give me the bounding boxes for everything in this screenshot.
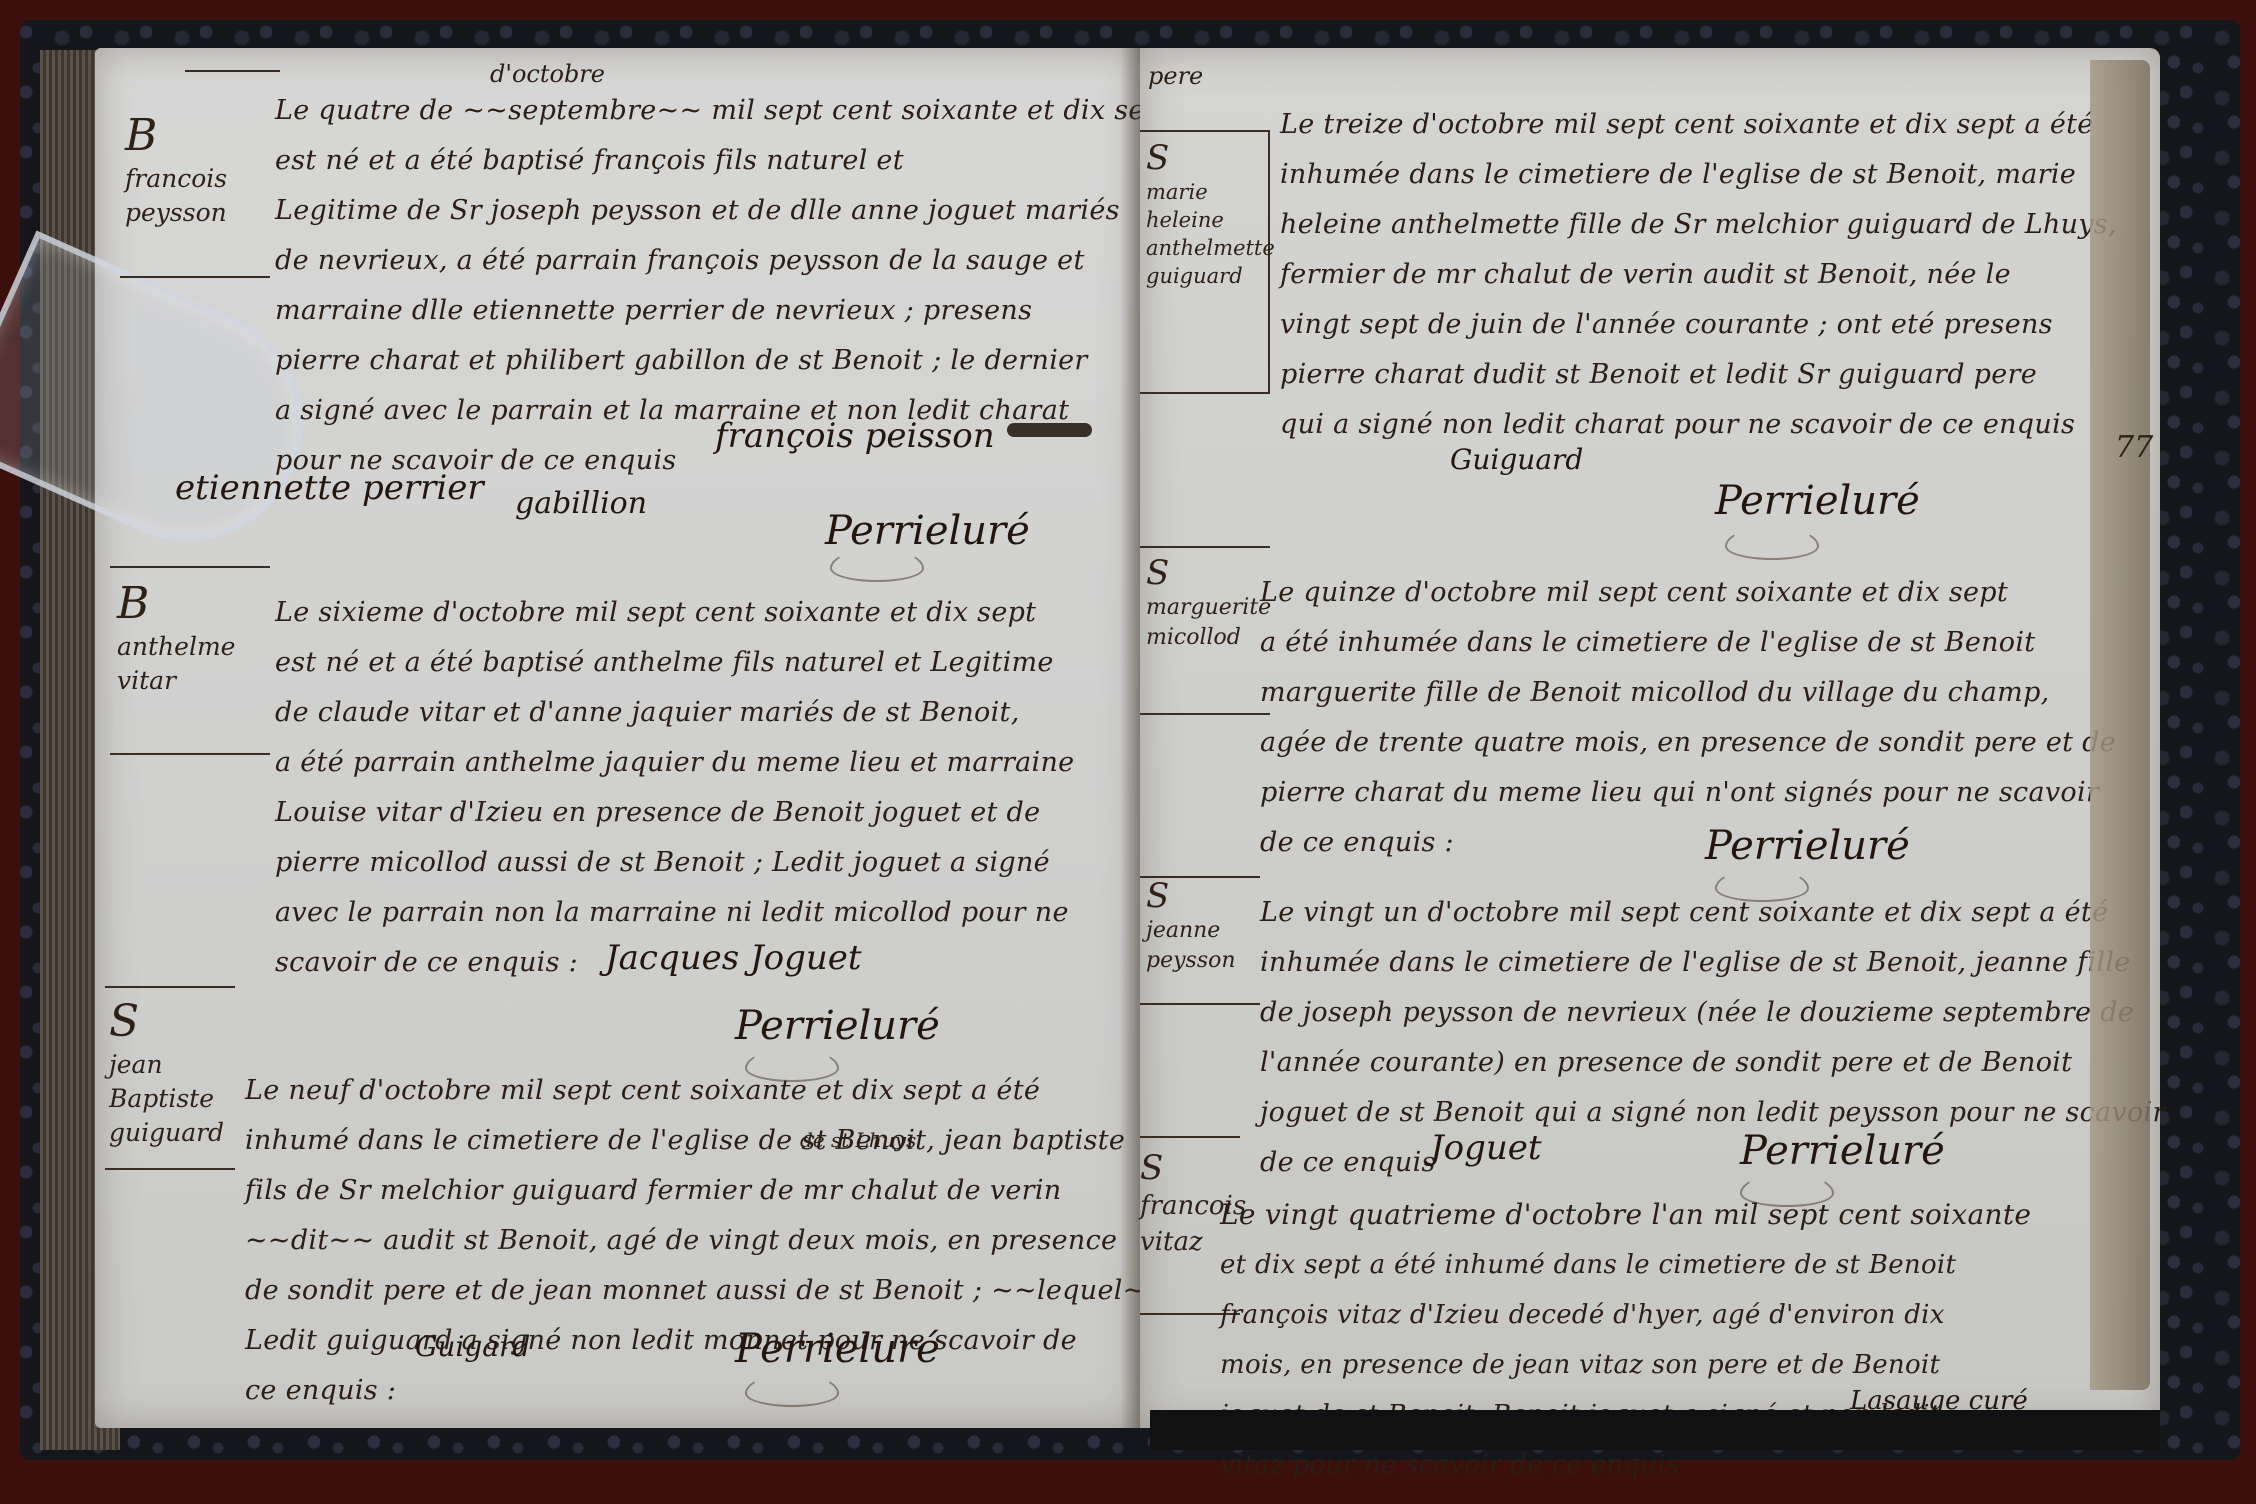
- entry-line: a été inhumée dans le cimetiere de l'egl…: [1260, 618, 2116, 668]
- signature: Jacques Joguet: [605, 938, 862, 978]
- margin-name-line: jeanne: [1146, 916, 1236, 946]
- register-entry: Le quinze d'octobre mil sept cent soixan…: [1260, 568, 2116, 868]
- entry-line: est né et a été baptisé françois fils na…: [275, 136, 1173, 186]
- signature: Guiguard: [1450, 443, 1583, 476]
- entry-line: marguerite fille de Benoit micollod du v…: [1260, 668, 2116, 718]
- entry-line: mois, en presence de jean vitaz son pere…: [1220, 1340, 2031, 1390]
- entry-line: joguet de st Benoit qui a signé non ledi…: [1260, 1088, 2166, 1138]
- record-type-mark: B: [125, 110, 227, 162]
- margin-box-border: [1140, 130, 1270, 132]
- signature: Joguet: [1430, 1128, 1542, 1168]
- priest-signature: Perrieluré: [735, 1326, 940, 1372]
- margin-name-line: guiguard: [109, 1116, 224, 1150]
- margin-name-line: anthelme: [117, 630, 235, 664]
- margin-rule: [110, 753, 270, 755]
- entry-line: et dix sept a été inhumé dans le cimetie…: [1220, 1240, 2031, 1290]
- entry-margin: B anthelme vitar: [117, 578, 235, 698]
- signature-flourish: [830, 548, 924, 582]
- margin-name-line: peysson: [1146, 946, 1236, 976]
- entry-line: ~~dit~~ audit st Benoit, agé de vingt de…: [245, 1216, 1169, 1266]
- margin-name-line: jean: [109, 1048, 224, 1082]
- entry-line: marraine dlle etiennette perrier de nevr…: [275, 286, 1173, 336]
- entry-line: Legitime de Sr joseph peysson et de dlle…: [275, 186, 1173, 236]
- margin-rule: [110, 566, 270, 568]
- record-type-mark: B: [117, 578, 235, 630]
- entry-line: françois vitaz d'Izieu decedé d'hyer, ag…: [1220, 1290, 2031, 1340]
- entry-margin: B francois peysson: [125, 110, 227, 230]
- entry-line: Ledit guiguard a signé non ledit monnet …: [245, 1316, 1169, 1366]
- margin-rule: [120, 276, 270, 278]
- margin-name-line: marguerite: [1146, 593, 1271, 623]
- entry-line: de ce enquis :: [1260, 818, 2116, 868]
- entry-line: pierre micollod aussi de st Benoit ; Led…: [275, 838, 1074, 888]
- signature-flourish: [745, 1373, 839, 1407]
- register-entry: Le neuf d'octobre mil sept cent soixante…: [245, 1066, 1169, 1416]
- margin-name-line: peysson: [125, 196, 227, 230]
- margin-rule: [1140, 1136, 1240, 1138]
- entry-line: inhumé dans le cimetiere de l'eglise de …: [245, 1116, 1169, 1166]
- priest-signature: Perrieluré: [1740, 1128, 1945, 1174]
- right-page: pere S marie heleine anthelmette guiguar…: [1140, 48, 2160, 1428]
- entry-line: Le vingt un d'octobre mil sept cent soix…: [1260, 888, 2166, 938]
- register-entry: Le vingt un d'octobre mil sept cent soix…: [1260, 888, 2166, 1188]
- register-entry: Le sixieme d'octobre mil sept cent soixa…: [275, 588, 1074, 988]
- priest-signature: Perrieluré: [735, 1003, 940, 1049]
- entry-line: Louise vitar d'Izieu en presence de Beno…: [275, 788, 1074, 838]
- entry-line: inhumée dans le cimetiere de l'eglise de…: [1260, 938, 2166, 988]
- entry-line: vingt sept de juin de l'année courante ;…: [1280, 300, 2117, 350]
- margin-name-line: francois: [125, 162, 227, 196]
- register-entry: Le treize d'octobre mil sept cent soixan…: [1280, 100, 2117, 450]
- entry-line: de joseph peysson de nevrieux (née le do…: [1260, 988, 2166, 1038]
- entry-line: est né et a été baptisé anthelme fils na…: [275, 638, 1074, 688]
- margin-name-line: heleine: [1146, 206, 1275, 234]
- left-page: B francois peysson d'octobre Le quatre d…: [95, 48, 1140, 1428]
- entry-line: Le quinze d'octobre mil sept cent soixan…: [1260, 568, 2116, 618]
- entry-line: de claude vitar et d'anne jaquier mariés…: [275, 688, 1074, 738]
- entry-line: avec le parrain non la marraine ni ledit…: [275, 888, 1074, 938]
- margin-rule: [1140, 546, 1270, 548]
- entry-line: de ce enquis: [1260, 1138, 2166, 1188]
- entry-line: ce enquis :: [245, 1366, 1169, 1416]
- interlinear-insert: d'octobre: [490, 60, 605, 88]
- entry-margin: S jean Baptiste guiguard: [109, 996, 224, 1150]
- entry-line: Le neuf d'octobre mil sept cent soixante…: [245, 1066, 1169, 1116]
- margin-name-line: Baptiste: [109, 1082, 224, 1116]
- signature: Guigard: [415, 1330, 530, 1363]
- margin-rule: [105, 986, 235, 988]
- margin-rule: [105, 1168, 235, 1170]
- record-type-mark: S: [109, 996, 224, 1048]
- margin-name-line: marie: [1146, 178, 1275, 206]
- entry-line: qui a signé non ledit charat pour ne sca…: [1280, 400, 2117, 450]
- entry-line: Le quatre de ~~septembre~~ mil sept cent…: [275, 86, 1173, 136]
- priest-signature: Perrieluré: [1705, 823, 1910, 869]
- signature: françois peisson: [715, 416, 995, 456]
- entry-line: inhumée dans le cimetiere de l'eglise de…: [1280, 150, 2117, 200]
- margin-name-line: micollod: [1146, 623, 1271, 653]
- entry-line: de nevrieux, a été parrain françois peys…: [275, 236, 1173, 286]
- entry-margin: S marie heleine anthelmette guiguard: [1146, 138, 1275, 290]
- page-number: 77: [2115, 430, 2153, 465]
- signature-flourish: [1725, 526, 1819, 560]
- record-type-mark: S: [1140, 1148, 1246, 1188]
- margin-rule: [1140, 713, 1270, 715]
- entry-line: Le vingt quatrieme d'octobre l'an mil se…: [1220, 1190, 2031, 1240]
- margin-fragment: pere: [1148, 62, 1203, 90]
- entry-line: fils de Sr melchior guiguard fermier de …: [245, 1166, 1169, 1216]
- entry-line: fermier de mr chalut de verin audit st B…: [1280, 250, 2117, 300]
- entry-line: pierre charat et philibert gabillon de s…: [275, 336, 1173, 386]
- entry-line: l'année courante) en presence de sondit …: [1260, 1038, 2166, 1088]
- record-type-mark: S: [1146, 553, 1271, 593]
- entry-line: heleine anthelmette fille de Sr melchior…: [1280, 200, 2117, 250]
- record-type-mark: S: [1146, 876, 1236, 916]
- right-fore-edge: [2090, 60, 2150, 1390]
- entry-margin: S marguerite micollod: [1146, 553, 1271, 653]
- entry-line: pierre charat dudit st Benoit et ledit S…: [1280, 350, 2117, 400]
- entry-line: Le treize d'octobre mil sept cent soixan…: [1280, 100, 2117, 150]
- margin-name-line: guiguard: [1146, 262, 1275, 290]
- signature: gabillion: [515, 486, 647, 521]
- margin-name-line: vitar: [117, 664, 235, 698]
- entry-line: Le sixieme d'octobre mil sept cent soixa…: [275, 588, 1074, 638]
- entry-line: a été parrain anthelme jaquier du meme l…: [275, 738, 1074, 788]
- entry-line: agée de trente quatre mois, en presence …: [1260, 718, 2116, 768]
- entry-line: pierre charat du meme lieu qui n'ont sig…: [1260, 768, 2116, 818]
- signature: etiennette perrier: [175, 468, 484, 508]
- margin-rule: [185, 70, 280, 72]
- entry-margin: S jeanne peysson: [1146, 876, 1236, 976]
- priest-signature: Perrieluré: [1715, 478, 1920, 524]
- book-bottom-edge: [1150, 1410, 2160, 1450]
- struck-out-word: [1007, 423, 1092, 437]
- priest-signature: Perrieluré: [825, 508, 1030, 554]
- margin-name-line: anthelmette: [1146, 234, 1275, 262]
- margin-rule: [1140, 1003, 1260, 1005]
- entry-line: de sondit pere et de jean monnet aussi d…: [245, 1266, 1169, 1316]
- margin-box-border: [1140, 392, 1270, 394]
- record-type-mark: S: [1146, 138, 1275, 178]
